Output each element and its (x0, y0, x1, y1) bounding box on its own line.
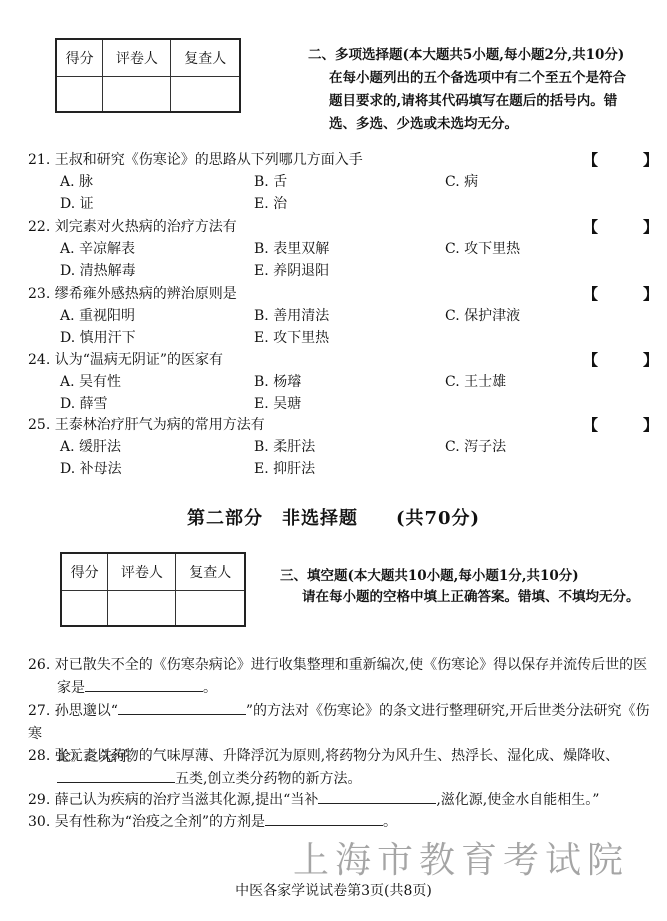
answer-bracket-22[interactable]: 【】 (583, 216, 658, 237)
bracket-open: 【 (583, 349, 598, 370)
section2-instruction-2: 题目要求的,请将其代码填写在题后的括号内。错 (329, 90, 617, 112)
grader-header: 评卷人 (108, 553, 176, 591)
answer-bracket-23[interactable]: 【】 (583, 283, 658, 304)
question-27-lead: 27. 孙思邈以“ (28, 703, 118, 719)
option-23-e: E. 攻下里热 (254, 327, 329, 349)
option-23-d: D. 慎用汗下 (60, 327, 136, 349)
question-28-text: 28. 张元素以药物的气味厚薄、升降浮沉为原则,将药物分为风升生、热浮长、湿化成… (28, 745, 658, 768)
score-table-1: 得分 评卷人 复查人 (55, 38, 241, 113)
option-22-a: A. 辛凉解表 (60, 238, 135, 260)
reviewer-header: 复查人 (176, 553, 245, 591)
section3-heading: 三、填空题(本大题共10小题,每小题1分,共10分) (280, 565, 579, 587)
question-21-stem: 21. 王叔和研究《伤寒论》的思路从下列哪几方面入手 (28, 149, 363, 171)
option-24-e: E. 吴瑭 (254, 393, 301, 415)
bracket-close: 】 (643, 414, 658, 435)
score-cell (56, 77, 103, 113)
score-header: 得分 (56, 39, 103, 77)
option-21-e: E. 治 (254, 193, 287, 215)
bracket-open: 【 (583, 283, 598, 304)
reviewer-cell (176, 591, 245, 627)
bracket-open: 【 (583, 149, 598, 170)
question-26-lead: 家是 (57, 680, 85, 696)
section2-instruction-3: 选、多选、少选或未选均无分。 (329, 113, 518, 135)
option-22-b: B. 表里双解 (254, 238, 329, 260)
question-30: 30. 吴有性称为“治疫之全剂”的方剂是。 (28, 811, 658, 834)
answer-bracket-24[interactable]: 【】 (583, 349, 658, 370)
answer-bracket-21[interactable]: 【】 (583, 149, 658, 170)
bracket-open: 【 (583, 414, 598, 435)
option-22-d: D. 清热解毒 (60, 260, 136, 282)
question-30-end: 。 (383, 814, 397, 830)
option-23-b: B. 善用清法 (254, 305, 329, 327)
option-24-c: C. 王士雄 (445, 371, 506, 393)
answer-bracket-25[interactable]: 【】 (583, 414, 658, 435)
option-21-b: B. 舌 (254, 171, 287, 193)
question-26-end: 。 (203, 680, 217, 696)
grader-cell (108, 591, 176, 627)
question-28-end: 五类,创立类分药物的新方法。 (175, 771, 361, 787)
bracket-close: 】 (643, 349, 658, 370)
score-table-2: 得分 评卷人 复查人 (60, 552, 246, 627)
option-25-a: A. 缓肝法 (60, 436, 121, 458)
bracket-close: 】 (643, 216, 658, 237)
answer-blank-28[interactable] (57, 768, 175, 783)
option-25-b: B. 柔肝法 (254, 436, 315, 458)
option-21-a: A. 脉 (60, 171, 93, 193)
reviewer-header: 复查人 (171, 39, 240, 77)
answer-blank-27[interactable] (118, 700, 246, 715)
grader-header: 评卷人 (103, 39, 171, 77)
option-22-e: E. 养阴退阳 (254, 260, 329, 282)
option-23-a: A. 重视阳明 (60, 305, 135, 327)
option-24-a: A. 吴有性 (60, 371, 121, 393)
page-footer: 中医各家学说试卷第3页(共8页) (0, 880, 667, 900)
question-29-lead: 29. 薛己认为疾病的治疗当滋其化源,提出“当补 (28, 792, 318, 808)
option-25-d: D. 补母法 (60, 458, 122, 480)
answer-blank-29[interactable] (318, 789, 436, 804)
grader-cell (103, 77, 171, 113)
watermark-stamp: 上海市教育考试院 (293, 832, 629, 883)
bracket-open: 【 (583, 216, 598, 237)
question-30-lead: 30. 吴有性称为“治疫之全剂”的方剂是 (28, 814, 265, 830)
option-22-c: C. 攻下里热 (445, 238, 520, 260)
answer-blank-30[interactable] (265, 811, 383, 826)
option-24-b: B. 杨璿 (254, 371, 301, 393)
question-26-text: 26. 对已散失不全的《伤寒杂病论》进行收集整理和重新编次,使《伤寒论》得以保存… (28, 654, 658, 677)
question-29: 29. 薛己认为疾病的治疗当滋其化源,提出“当补,滋化源,使金水自能相生。” (28, 789, 658, 812)
option-24-d: D. 薛雪 (60, 393, 108, 415)
section3-instruction: 请在每小题的空格中填上正确答案。错填、不填均无分。 (302, 586, 640, 608)
question-28: 28. 张元素以药物的气味厚薄、升降浮沉为原则,将药物分为风升生、热浮长、湿化成… (28, 745, 658, 791)
question-24-stem: 24. 认为“温病无阴证”的医家有 (28, 349, 223, 371)
question-26: 26. 对已散失不全的《伤寒杂病论》进行收集整理和重新编次,使《伤寒论》得以保存… (28, 654, 658, 700)
part-two-title: 第二部分 非选择题 (共70分) (0, 504, 667, 530)
question-25-stem: 25. 王泰林治疗肝气为病的常用方法有 (28, 414, 265, 436)
option-25-e: E. 抑肝法 (254, 458, 315, 480)
bracket-close: 】 (643, 283, 658, 304)
score-header: 得分 (61, 553, 108, 591)
reviewer-cell (171, 77, 240, 113)
section2-heading: 二、多项选择题(本大题共5小题,每小题2分,共10分) (308, 44, 624, 66)
question-22-stem: 22. 刘完素对火热病的治疗方法有 (28, 216, 237, 238)
section2-instruction-1: 在每小题列出的五个备选项中有二个至五个是符合 (329, 67, 626, 89)
option-25-c: C. 泻子法 (445, 436, 506, 458)
option-21-c: C. 病 (445, 171, 478, 193)
bracket-close: 】 (643, 149, 658, 170)
option-23-c: C. 保护津液 (445, 305, 520, 327)
answer-blank-26[interactable] (85, 677, 203, 692)
question-23-stem: 23. 缪希雍外感热病的辨治原则是 (28, 283, 237, 305)
score-cell (61, 591, 108, 627)
option-21-d: D. 证 (60, 193, 94, 215)
question-29-end: ,滋化源,使金水自能相生。” (436, 792, 599, 808)
